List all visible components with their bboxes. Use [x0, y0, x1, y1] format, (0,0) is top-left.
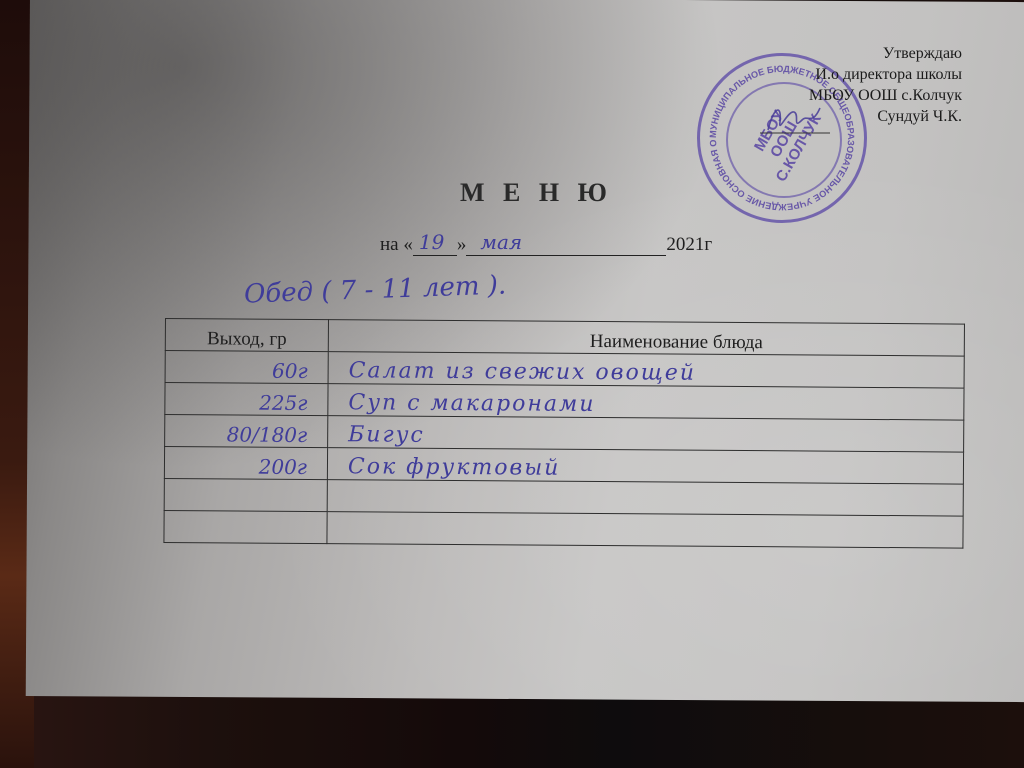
yield-cell: 200г: [164, 447, 327, 480]
table-row: [164, 510, 963, 548]
page-title: М Е Н Ю: [460, 178, 613, 208]
yield-cell: [164, 510, 327, 543]
approval-line: И.о директора школы: [809, 64, 962, 85]
approval-block: Утверждаю И.о директора школы МБОУ ООШ с…: [809, 43, 962, 127]
approval-line: МБОУ ООШ с.Колчук: [809, 85, 962, 106]
day-field: 19: [413, 235, 457, 256]
table-row: 200гСок фруктовый: [164, 447, 963, 485]
dish-cell: Сок фруктовый: [327, 448, 963, 484]
month-field: мая: [466, 235, 666, 256]
approval-line: Сундуй Ч.К.: [809, 106, 962, 127]
dish-cell: [327, 480, 963, 516]
month-value: мая: [480, 230, 522, 254]
table-row: 60гСалат из свежих овощей: [165, 351, 964, 389]
date-quote: »: [457, 234, 467, 255]
yield-cell: 225г: [165, 383, 328, 416]
yield-cell: 60г: [165, 351, 328, 384]
header-dish: Наименование блюда: [328, 320, 964, 356]
yield-cell: 80/180г: [165, 415, 328, 448]
signature-icon: [760, 100, 830, 140]
yield-cell: [164, 478, 327, 511]
table-row: 80/180гБигус: [165, 415, 964, 453]
date-prefix: на «: [380, 234, 413, 255]
table-header-row: Выход, гр Наименование блюда: [165, 319, 964, 357]
dish-cell: Салат из свежих овощей: [328, 352, 964, 388]
dish-cell: Бигус: [328, 416, 964, 452]
year-label: 2021г: [666, 234, 712, 255]
table-row: 225гСуп с макаронами: [165, 383, 964, 421]
approval-line: Утверждаю: [809, 43, 962, 64]
dish-cell: [327, 512, 963, 548]
dish-cell: Суп с макаронами: [328, 384, 964, 420]
header-yield: Выход, гр: [165, 319, 328, 352]
date-line: на «19»мая2021г: [380, 234, 712, 256]
day-value: 19: [419, 230, 444, 254]
menu-table: Выход, гр Наименование блюда 60гСалат из…: [163, 318, 965, 549]
